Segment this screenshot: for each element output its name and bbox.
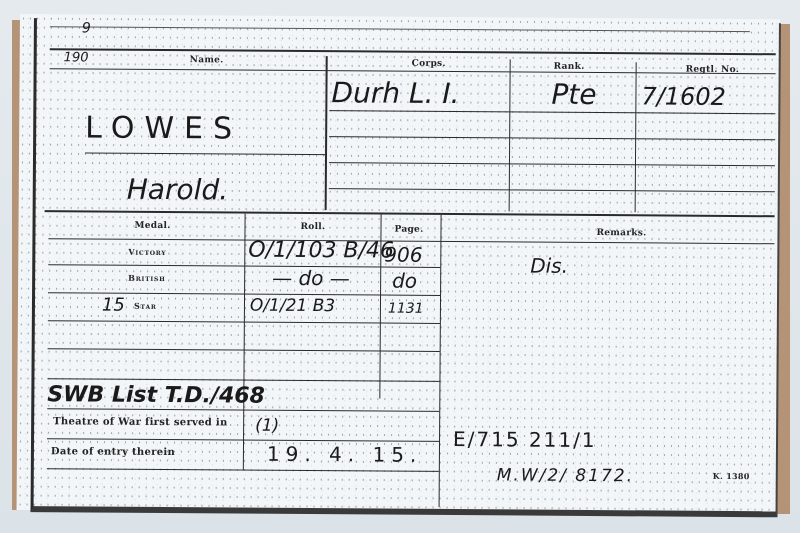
remarks-header: Remarks. [596,228,646,238]
medal-star: Star [134,301,157,311]
page-header: Page. [394,225,423,235]
roll-british: — do — [272,266,350,291]
form-code: K. 1380 [713,471,750,481]
page-star: 1131 [388,301,424,317]
swb-list: SWB List T.D./468 [47,382,265,409]
reference-line-1: E/715 211/1 [453,427,597,452]
regt-no-value: 7/1602 [641,82,726,111]
forename: Harold. [127,173,229,207]
theatre-label: Theatre of War first served in [53,416,227,428]
rank-value: Pte [551,78,596,111]
corps-header: Corps. [412,59,446,69]
corner-number: 190 [64,50,89,65]
medal-british: British [128,273,166,283]
reference-line-2: M.W/2/ 8172. [497,465,634,486]
roll-header: Roll. [300,222,325,232]
medal-index-card: 9 190 Name. Corps. Rank. Regtl. No. LOWE… [17,14,780,515]
remarks-value: Dis. [530,254,568,278]
medal-victory: Victory [128,247,166,257]
entry-value: 19. 4. 15. [267,442,423,467]
star-prefix: 15 [102,295,125,316]
roll-victory: O/1/103 B/46 [248,238,394,264]
regt-no-header: Regtl. No. [686,65,740,75]
rank-header: Rank. [554,62,585,72]
page-victory: 906 [384,243,422,267]
medal-header: Medal. [134,221,170,231]
corps-value: Durh L. I. [331,76,459,110]
corner-mark: 9 [82,20,91,36]
name-header: Name. [190,55,224,65]
theatre-value: (1) [255,416,279,436]
roll-star: O/1/21 B3 [250,296,335,317]
surname: LOWES [85,110,242,146]
page-british: do [392,269,417,293]
entry-label: Date of entry therein [51,446,175,458]
